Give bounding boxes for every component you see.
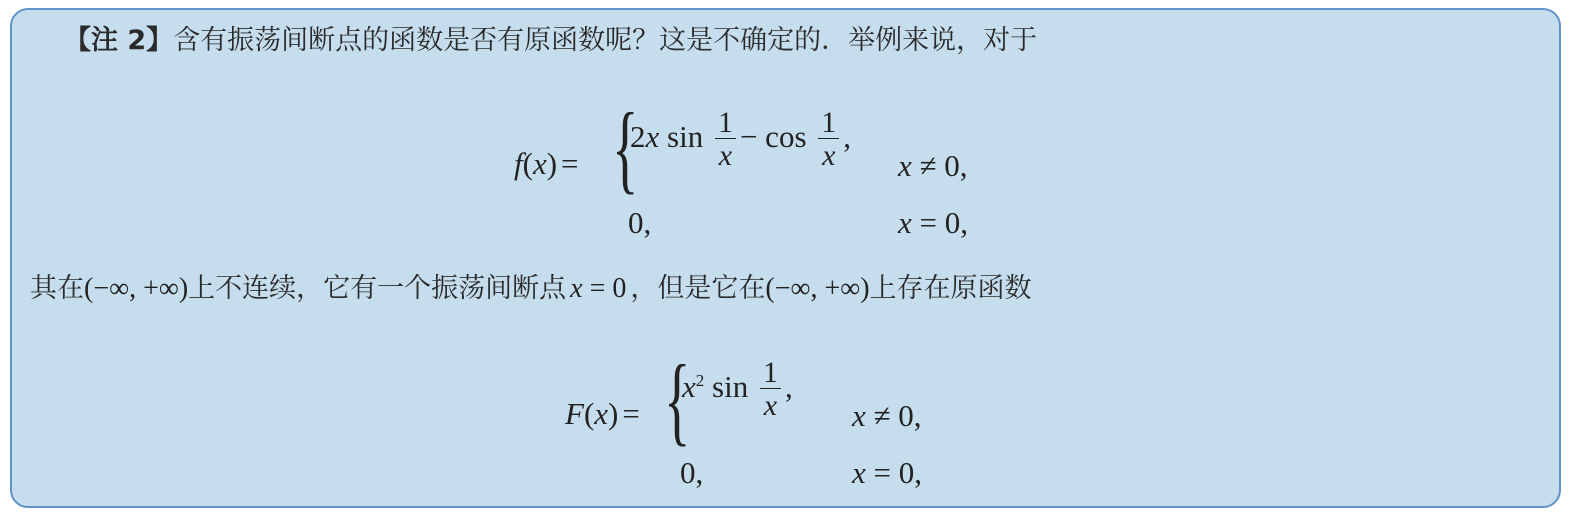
formula-f-row2-expr: 0, (628, 205, 651, 241)
discontinuity-point: x = 0 (570, 273, 626, 304)
formula-f-row2-condition: x = 0, (898, 205, 968, 241)
formula-F-lhs: F(x)= (565, 396, 640, 432)
formula-f-row1-condition: x ≠ 0, (898, 148, 968, 184)
formula-F-row2-condition: x = 0, (852, 455, 922, 491)
formula-F-row1-expr: x2 sin 1x, (682, 358, 793, 422)
note-intro-text: 含有振荡间断点的函数是否有原函数呢？这是不确定的．举例来说，对于 (173, 25, 1037, 56)
formula-F-row1-condition: x ≠ 0, (852, 398, 922, 434)
note-box (10, 8, 1561, 508)
formula-f-row1-expr: 2x sin 1x− cos 1x, (630, 108, 851, 172)
note-tag: 【注 2】 (64, 25, 173, 56)
formula-F-row2-expr: 0, (680, 455, 703, 491)
interval-1: (−∞, +∞) (84, 273, 188, 304)
interval-2: (−∞, +∞) (765, 273, 869, 304)
formula-f-lhs: f(x)= (514, 146, 579, 182)
note-continuation-line: 其在(−∞, +∞)上不连续，它有一个振荡间断点x = 0，但是它在(−∞, +… (30, 266, 1032, 305)
note-intro-line: 【注 2】含有振荡间断点的函数是否有原函数呢？这是不确定的．举例来说，对于 (64, 18, 1037, 57)
